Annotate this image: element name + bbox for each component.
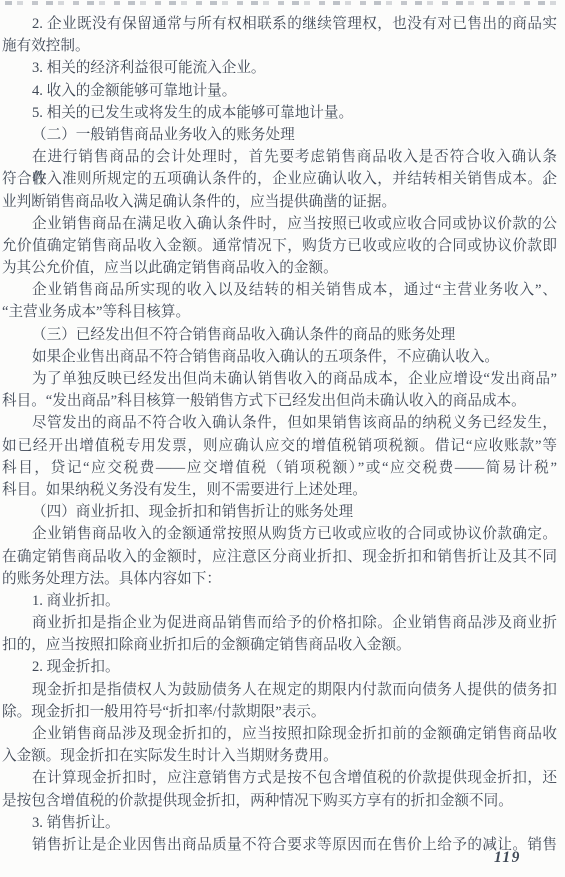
text-line: “主营业务成本”等科目核算。 xyxy=(2,301,557,323)
text-line: 在进行销售商品的会计处理时，首先要考虑销售商品收入是否符合收入确认条件。 xyxy=(2,146,557,168)
text-line: 如已经开出增值税专用发票，则应确认应交的增值税销项税额。借记“应收账款”等 xyxy=(2,435,557,457)
text-line: 入金额。现金折扣在实际发生时计入当期财务费用。 xyxy=(2,745,557,767)
text-line: 在计算现金折扣时，应注意销售方式是按不包含增值税的价款提供现金折扣，还 xyxy=(2,767,557,789)
text-line: （四）商业折扣、现金折扣和销售折让的账务处理 xyxy=(2,501,557,523)
text-line: 企业销售商品收入的金额通常按照从购货方已收或应收的合同或协议价款确定。 xyxy=(2,523,557,545)
text-line: 业判断销售商品收入满足确认条件的，应当提供确凿的证据。 xyxy=(2,191,557,213)
text-line: （三）已经发出但不符合销售商品收入确认条件的商品的账务处理 xyxy=(2,324,557,346)
text-line: 销售折让是企业因售出商品质量不符合要求等原因而在售价上给予的减让。销售 xyxy=(2,834,557,856)
text-line: 施有效控制。 xyxy=(2,35,557,57)
text-line: 商业折扣是指企业为促进商品销售而给予的价格扣除。企业销售商品涉及商业折 xyxy=(2,612,557,634)
text-line: 为了单独反映已经发出但尚未确认销售收入的商品成本，企业应增设“发出商品” xyxy=(2,368,557,390)
text-line: 2. 企业既没有保留通常与所有权相联系的继续管理权，也没有对已售出的商品实 xyxy=(2,13,557,35)
text-line: 符合收入准则所规定的五项确认条件的，企业应确认收入，并结转相关销售成本。企 xyxy=(2,168,557,190)
text-line: 为其公允价值，应当以此确定销售商品收入的金额。 xyxy=(2,257,557,279)
text-line: 1. 商业折扣。 xyxy=(2,590,557,612)
text-line: 的账务处理方法。具体内容如下： xyxy=(2,568,557,590)
document-page: 2. 企业既没有保留通常与所有权相联系的继续管理权，也没有对已售出的商品实施有效… xyxy=(0,0,565,877)
text-line: 现金折扣是指债权人为鼓励债务人在规定的期限内付款而向债务人提供的债务扣 xyxy=(2,679,557,701)
text-line: （二）一般销售商品业务收入的账务处理 xyxy=(2,124,557,146)
text-line: 3. 销售折让。 xyxy=(2,812,557,834)
clipped-previous-line xyxy=(5,1,558,5)
text-line: 科目。如果纳税义务没有发生，则不需要进行上述处理。 xyxy=(2,479,557,501)
text-line: 5. 相关的已发生或将发生的成本能够可靠地计量。 xyxy=(2,102,557,124)
text-line: 科目。“发出商品”科目核算一般销售方式下已经发出但尚未确认收入的商品成本。 xyxy=(2,390,557,412)
text-line: 3. 相关的经济利益很可能流入企业。 xyxy=(2,57,557,79)
text-line: 科目，贷记“应交税费——应交增值税（销项税额）”或“应交税费——简易计税” xyxy=(2,457,557,479)
text-lines: 2. 企业既没有保留通常与所有权相联系的继续管理权，也没有对已售出的商品实施有效… xyxy=(2,13,557,856)
text-line: 在确定销售商品收入的金额时，应注意区分商业折扣、现金折扣和销售折让及其不同 xyxy=(2,546,557,568)
text-line: 企业销售商品涉及现金折扣的，应当按照扣除现金折扣前的金额确定销售商品收 xyxy=(2,723,557,745)
text-line: 允价值确定销售商品收入金额。通常情况下，购货方已收或应收的合同或协议价款即 xyxy=(2,235,557,257)
text-line: 企业销售商品所实现的收入以及结转的相关销售成本，通过“主营业务收入”、 xyxy=(2,279,557,301)
text-line: 如果企业售出商品不符合销售商品收入确认的五项条件，不应确认收入。 xyxy=(2,346,557,368)
text-line: 4. 收入的金额能够可靠地计量。 xyxy=(2,80,557,102)
page-number: 119 xyxy=(494,849,538,867)
text-line: 除。现金折扣一般用符号“折扣率/付款期限”表示。 xyxy=(2,701,557,723)
text-line: 尽管发出的商品不符合收入确认条件，但如果销售该商品的纳税义务已经发生， xyxy=(2,412,557,434)
text-line: 企业销售商品在满足收入确认条件时，应当按照已收或应收合同或协议价款的公 xyxy=(2,213,557,235)
text-line: 扣的，应当按照扣除商业折扣后的金额确定销售商品收入金额。 xyxy=(2,634,557,656)
text-line: 是按包含增值税的价款提供现金折扣，两种情况下购买方享有的折扣金额不同。 xyxy=(2,790,557,812)
text-line: 2. 现金折扣。 xyxy=(2,656,557,678)
